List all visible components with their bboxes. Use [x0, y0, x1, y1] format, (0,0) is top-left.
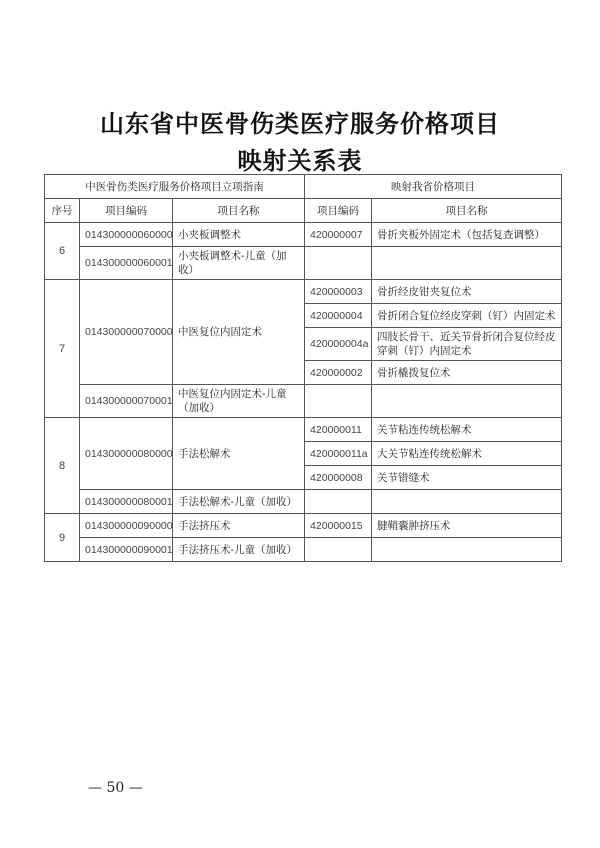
table-row: 7 014300000070000 中医复位内固定术 420000003 骨折经…: [45, 280, 562, 304]
column-header-row: 序号 项目编码 项目名称 项目编码 项目名称: [45, 199, 562, 223]
name-cell: 手法松解术-儿童（加收）: [173, 490, 305, 514]
map-code-cell: 420000002: [305, 361, 372, 385]
col-header-map-code: 项目编码: [305, 199, 372, 223]
map-name-cell: 腱鞘囊肿挤压术: [372, 514, 562, 538]
page-number: — 50 —: [88, 780, 143, 796]
col-header-map-name: 项目名称: [372, 199, 562, 223]
col-header-seq: 序号: [45, 199, 80, 223]
map-name-cell: [372, 385, 562, 418]
code-cell: 014300000090000: [80, 514, 173, 538]
map-name-cell: 骨折闭合复位经皮穿刺（钉）内固定术: [372, 304, 562, 328]
map-name-cell: 大关节粘连传统松解术: [372, 442, 562, 466]
map-name-cell: [372, 247, 562, 280]
group-header-mapping: 映射我省价格项目: [305, 175, 562, 199]
map-code-cell: [305, 247, 372, 280]
map-name-cell: 骨折橇拨复位术: [372, 361, 562, 385]
map-code-cell: 420000008: [305, 466, 372, 490]
name-cell: 手法松解术: [173, 418, 305, 490]
table-row: 8 014300000080000 手法松解术 420000011 关节粘连传统…: [45, 418, 562, 442]
map-code-cell: 420000004: [305, 304, 372, 328]
name-cell: 小夹板调整术-儿童（加收）: [173, 247, 305, 280]
name-cell: 中医复位内固定术: [173, 280, 305, 385]
code-cell: 014300000090001: [80, 538, 173, 562]
table-row: 6 014300000060000 小夹板调整术 420000007 骨折夹板外…: [45, 223, 562, 247]
code-cell: 014300000070000: [80, 280, 173, 385]
table-row: 9 014300000090000 手法挤压术 420000015 腱鞘囊肿挤压…: [45, 514, 562, 538]
group-header-guide: 中医骨伤类医疗服务价格项目立项指南: [45, 175, 305, 199]
document-subtitle: 映射关系表: [0, 141, 600, 176]
seq-cell: 7: [45, 280, 80, 418]
map-code-cell: 420000011: [305, 418, 372, 442]
seq-cell: 9: [45, 514, 80, 562]
map-name-cell: 骨折经皮钳夹复位术: [372, 280, 562, 304]
code-cell: 014300000080000: [80, 418, 173, 490]
map-code-cell: [305, 538, 372, 562]
map-name-cell: 关节错缝术: [372, 466, 562, 490]
map-name-cell: 骨折夹板外固定术（包括复查调整）: [372, 223, 562, 247]
map-name-cell: [372, 538, 562, 562]
name-cell: 中医复位内固定术-儿童（加收）: [173, 385, 305, 418]
table-row: 014300000080001 手法松解术-儿童（加收）: [45, 490, 562, 514]
table-row: 014300000060001 小夹板调整术-儿童（加收）: [45, 247, 562, 280]
map-name-cell: [372, 490, 562, 514]
name-cell: 手法挤压术: [173, 514, 305, 538]
map-name-cell: 四肢长骨干、近关节骨折闭合复位经皮穿刺（钉）内固定术: [372, 328, 562, 361]
table-row: 014300000090001 手法挤压术-儿童（加收）: [45, 538, 562, 562]
seq-cell: 8: [45, 418, 80, 514]
col-header-name: 项目名称: [173, 199, 305, 223]
map-code-cell: 420000015: [305, 514, 372, 538]
map-code-cell: 420000004a: [305, 328, 372, 361]
map-name-cell: 关节粘连传统松解术: [372, 418, 562, 442]
map-code-cell: 420000007: [305, 223, 372, 247]
map-code-cell: 420000003: [305, 280, 372, 304]
seq-cell: 6: [45, 223, 80, 280]
document-title: 山东省中医骨伤类医疗服务价格项目: [0, 104, 600, 139]
group-header-row: 中医骨伤类医疗服务价格项目立项指南 映射我省价格项目: [45, 175, 562, 199]
col-header-code: 项目编码: [80, 199, 173, 223]
code-cell: 014300000070001: [80, 385, 173, 418]
table-row: 014300000070001 中医复位内固定术-儿童（加收）: [45, 385, 562, 418]
code-cell: 014300000080001: [80, 490, 173, 514]
code-cell: 014300000060000: [80, 223, 173, 247]
name-cell: 手法挤压术-儿童（加收）: [173, 538, 305, 562]
map-code-cell: [305, 490, 372, 514]
map-code-cell: 420000011a: [305, 442, 372, 466]
name-cell: 小夹板调整术: [173, 223, 305, 247]
map-code-cell: [305, 385, 372, 418]
code-cell: 014300000060001: [80, 247, 173, 280]
mapping-table: 中医骨伤类医疗服务价格项目立项指南 映射我省价格项目 序号 项目编码 项目名称 …: [44, 174, 562, 562]
